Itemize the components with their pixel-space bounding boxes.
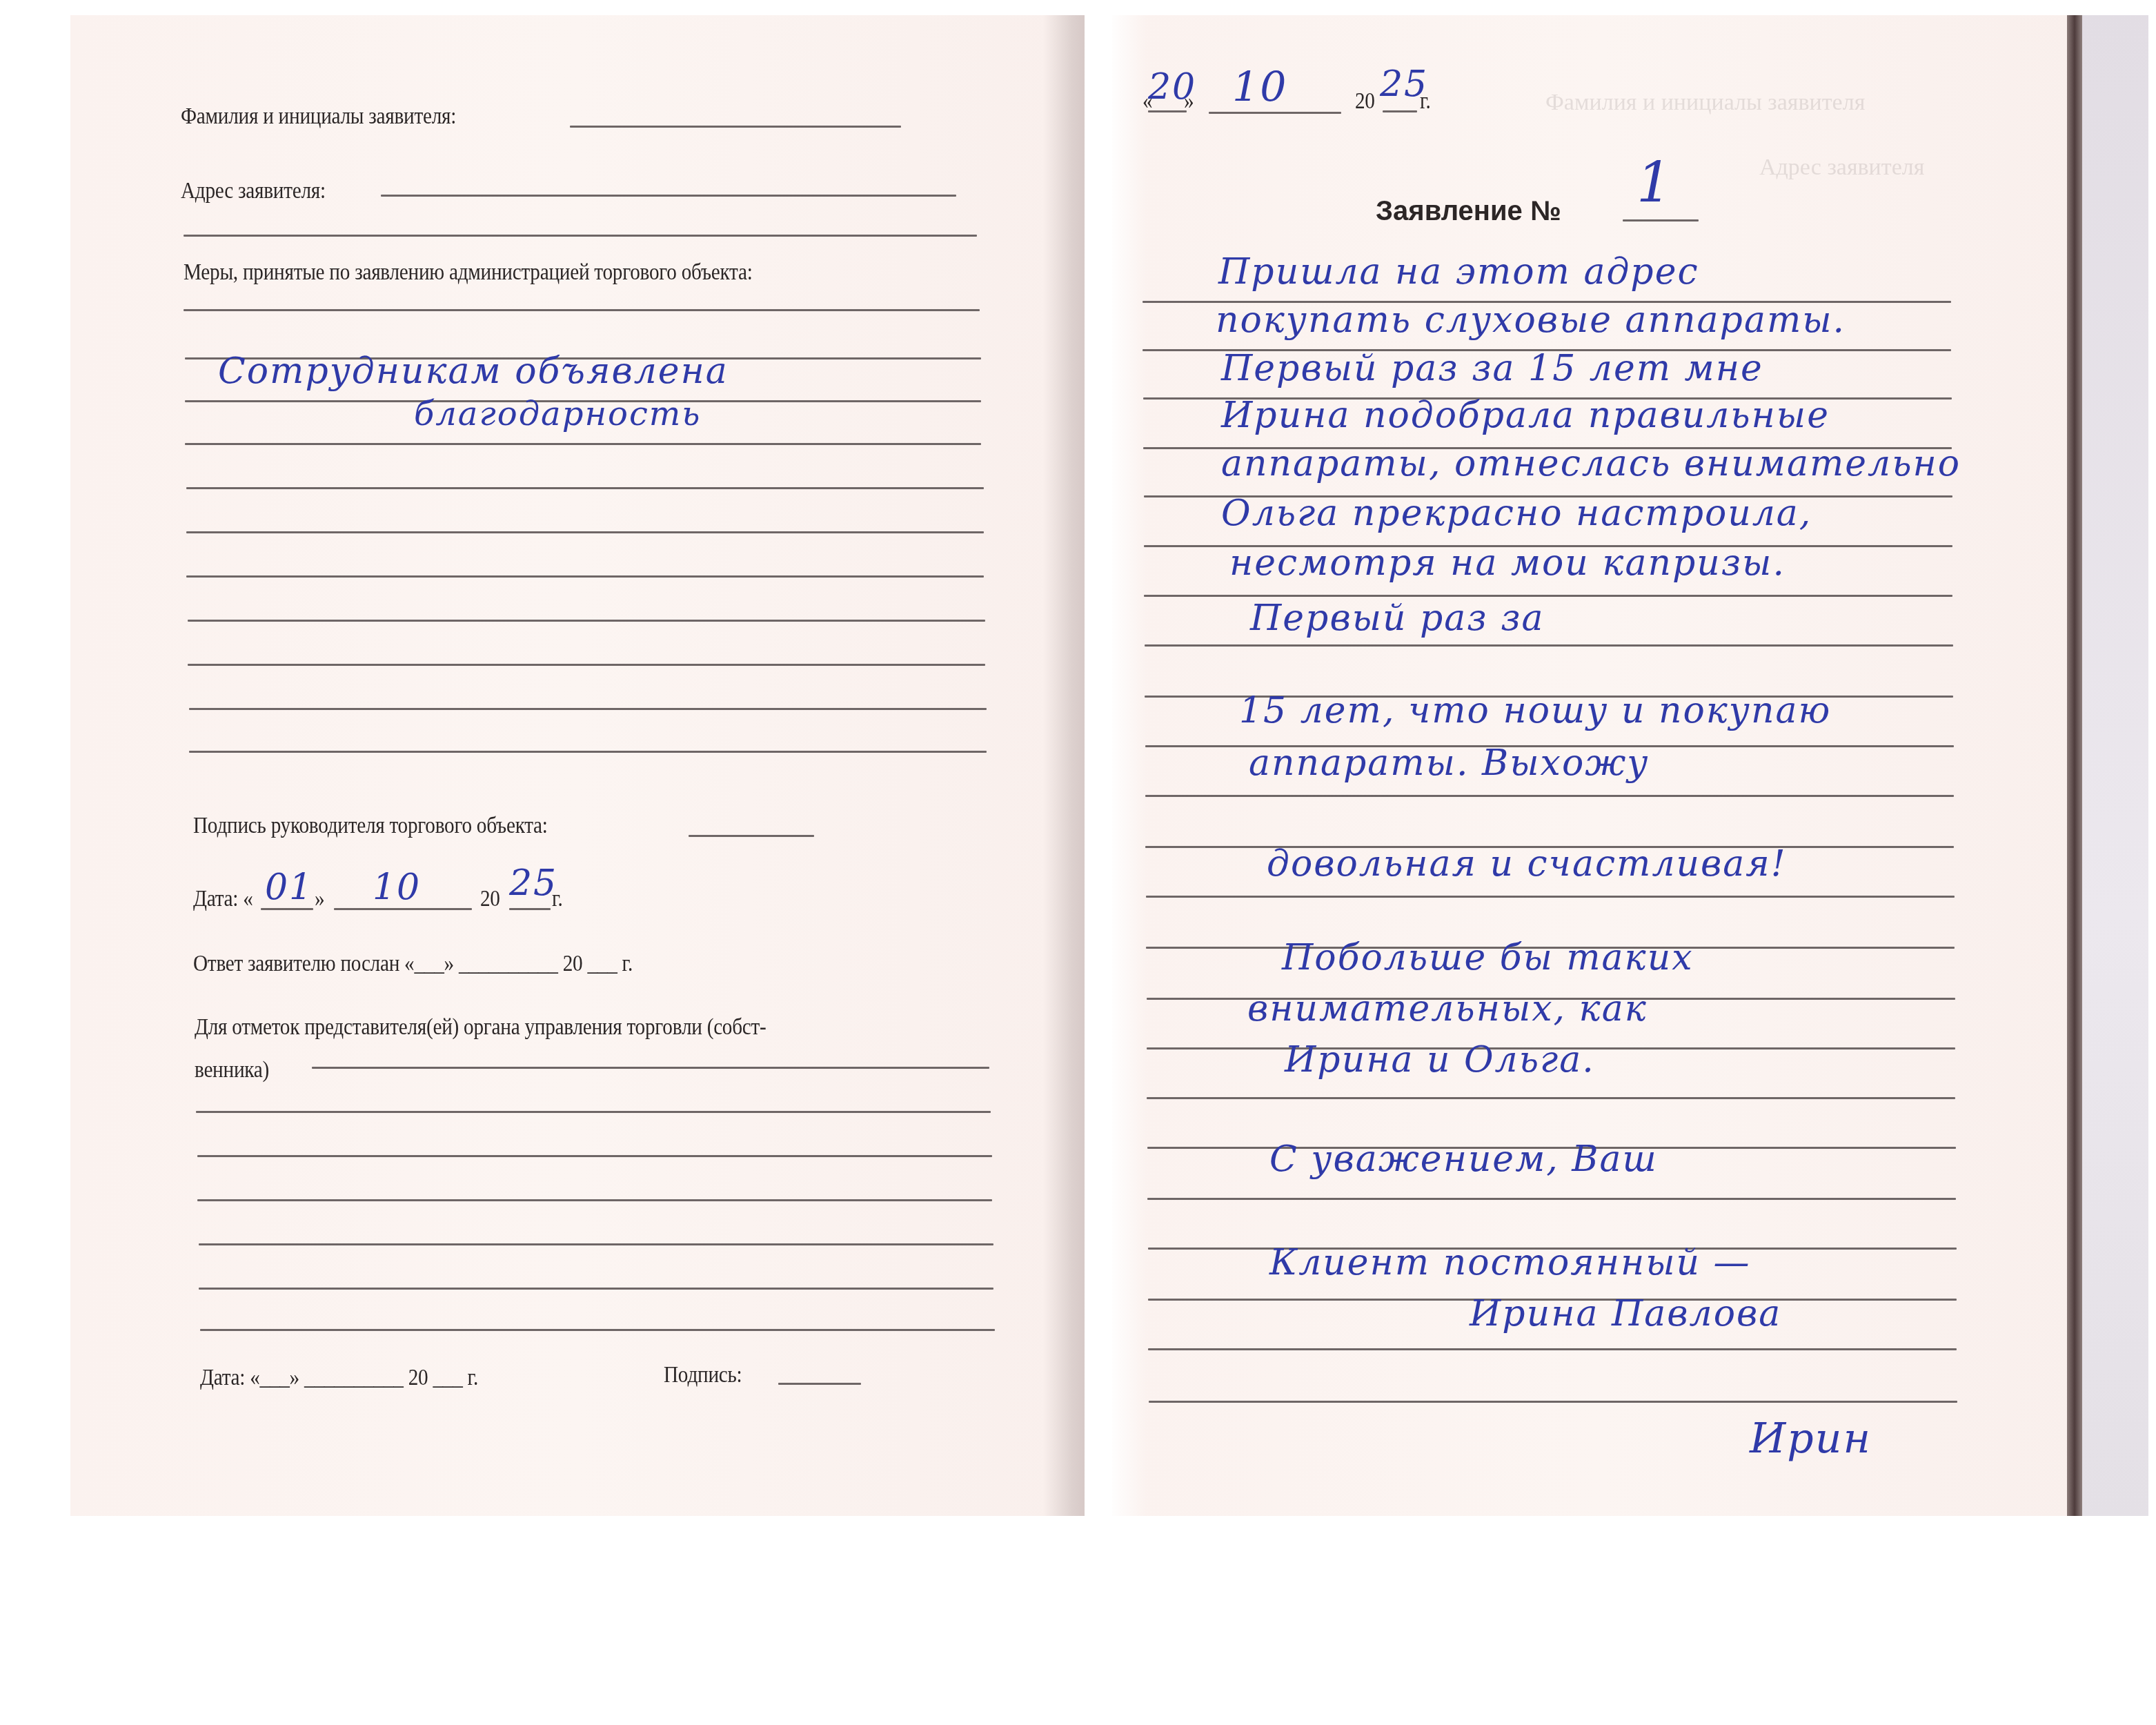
authority-notes-line bbox=[199, 1288, 993, 1290]
handwritten-line: Побольше бы таких bbox=[1282, 937, 1693, 978]
statement-line bbox=[1146, 896, 1955, 898]
date-month-field bbox=[1209, 112, 1341, 114]
date-day-field bbox=[1148, 110, 1187, 112]
authority-notes-label: Для отметок представителя(ей) органа упр… bbox=[195, 1014, 767, 1041]
handwritten-line: Ирина подобрала правильные bbox=[1221, 395, 1830, 436]
date-month-handwritten: 10 bbox=[1232, 63, 1287, 112]
date-year-field bbox=[509, 908, 551, 910]
statement-line bbox=[1145, 644, 1953, 647]
date-day-handwritten: 01 bbox=[265, 867, 313, 908]
measures-line bbox=[186, 575, 984, 578]
measures-label: Меры, принятые по заявлению администраци… bbox=[184, 259, 753, 286]
handwritten-line: покупать слуховые аппараты. bbox=[1216, 299, 1846, 341]
date-close-quote: » bbox=[1184, 88, 1194, 115]
statement-line bbox=[1147, 1097, 1955, 1099]
handwritten-line: Ольга прекрасно настроила, bbox=[1221, 493, 1812, 534]
handwritten-line: Первый раз за bbox=[1250, 598, 1545, 639]
statement-title: Заявление № bbox=[1376, 196, 1561, 227]
footer-date-label: Дата: «___» __________ 20 ___ г. bbox=[200, 1365, 478, 1391]
back-cover bbox=[2082, 15, 2148, 1516]
measures-line bbox=[188, 664, 985, 666]
measures-line bbox=[186, 531, 984, 533]
gutter-highlight bbox=[1112, 15, 1147, 1516]
applicant-address-label: Адрес заявителя: bbox=[181, 178, 326, 204]
date-month-handwritten: 10 bbox=[373, 867, 421, 908]
measures-line bbox=[189, 708, 987, 710]
date-day-field bbox=[261, 908, 313, 910]
statement-number-handwritten: 1 bbox=[1636, 150, 1673, 215]
date-year-handwritten: 25 bbox=[509, 862, 557, 904]
authority-notes-line bbox=[197, 1155, 992, 1157]
handwritten-line: несмотря на мои капризы. bbox=[1229, 542, 1786, 584]
book-edge bbox=[2067, 15, 2082, 1516]
handwritten-line: Ирина и Ольга. bbox=[1285, 1039, 1595, 1081]
date-year-prefix: 20 bbox=[480, 886, 500, 912]
measures-handwritten-line1: Сотрудникам объявлена bbox=[218, 351, 729, 392]
footer-signature-field bbox=[778, 1383, 861, 1385]
handwritten-line: Пришла на этот адрес bbox=[1218, 251, 1699, 293]
applicant-name-label: Фамилия и инициалы заявителя: bbox=[181, 103, 456, 130]
date-quote-close: » bbox=[315, 886, 324, 912]
date-month-field bbox=[334, 908, 472, 910]
manager-signature-field bbox=[689, 835, 814, 837]
measures-line bbox=[184, 309, 980, 311]
handwritten-line: аппараты. Выхожу bbox=[1249, 742, 1649, 784]
left-page bbox=[70, 15, 1085, 1516]
manager-signature-label: Подпись руководителя торгового объекта: bbox=[193, 813, 548, 839]
applicant-address-field-2 bbox=[184, 235, 977, 237]
statement-line bbox=[1147, 1198, 1956, 1200]
measures-line bbox=[188, 620, 985, 622]
date-year-field bbox=[1383, 110, 1417, 112]
handwritten-line: С уважением, Ваш bbox=[1269, 1138, 1658, 1180]
authority-notes-label-2: венника) bbox=[195, 1057, 269, 1083]
authority-notes-line bbox=[312, 1067, 989, 1069]
measures-handwritten-line2: благодарность bbox=[414, 395, 701, 433]
measures-line bbox=[185, 443, 981, 445]
bleed-through-text: Адрес заявителя bbox=[1759, 155, 1924, 181]
authority-notes-line bbox=[200, 1329, 995, 1331]
authority-notes-line bbox=[197, 1199, 992, 1201]
bleed-through-text: Фамилия и инициалы заявителя bbox=[1545, 90, 1865, 116]
authority-notes-line bbox=[196, 1111, 991, 1113]
statement-line bbox=[1144, 595, 1952, 597]
handwritten-line: внимательных, как bbox=[1247, 988, 1648, 1029]
gutter-shadow bbox=[1043, 15, 1085, 1516]
date-year-prefix: 20 bbox=[1355, 88, 1375, 115]
date-suffix: г. bbox=[552, 886, 562, 912]
statement-number-field bbox=[1623, 219, 1699, 221]
statement-line bbox=[1149, 1401, 1957, 1403]
reply-sent-label: Ответ заявителю послан «___» __________ … bbox=[193, 951, 633, 977]
handwritten-line: Ирина Павлова bbox=[1470, 1293, 1781, 1334]
statement-line bbox=[1145, 795, 1954, 797]
handwritten-line: довольная и счастливая! bbox=[1267, 843, 1787, 885]
date-label: Дата: « bbox=[193, 886, 253, 912]
measures-line bbox=[186, 487, 984, 489]
statement-line bbox=[1148, 1348, 1957, 1350]
handwritten-line: 15 лет, что ношу и покупаю bbox=[1239, 690, 1831, 731]
customer-signature: Ирин bbox=[1750, 1414, 1872, 1463]
applicant-name-field bbox=[570, 126, 901, 128]
measures-line bbox=[189, 751, 987, 753]
date-suffix: г. bbox=[1420, 88, 1430, 115]
handwritten-line: Клиент постоянный — bbox=[1269, 1242, 1751, 1283]
handwritten-line: аппараты, отнеслась внимательно bbox=[1221, 443, 1961, 484]
applicant-address-field bbox=[381, 195, 956, 197]
footer-signature-label: Подпись: bbox=[664, 1362, 742, 1388]
handwritten-line: Первый раз за 15 лет мне bbox=[1221, 348, 1763, 389]
authority-notes-line bbox=[199, 1243, 993, 1245]
